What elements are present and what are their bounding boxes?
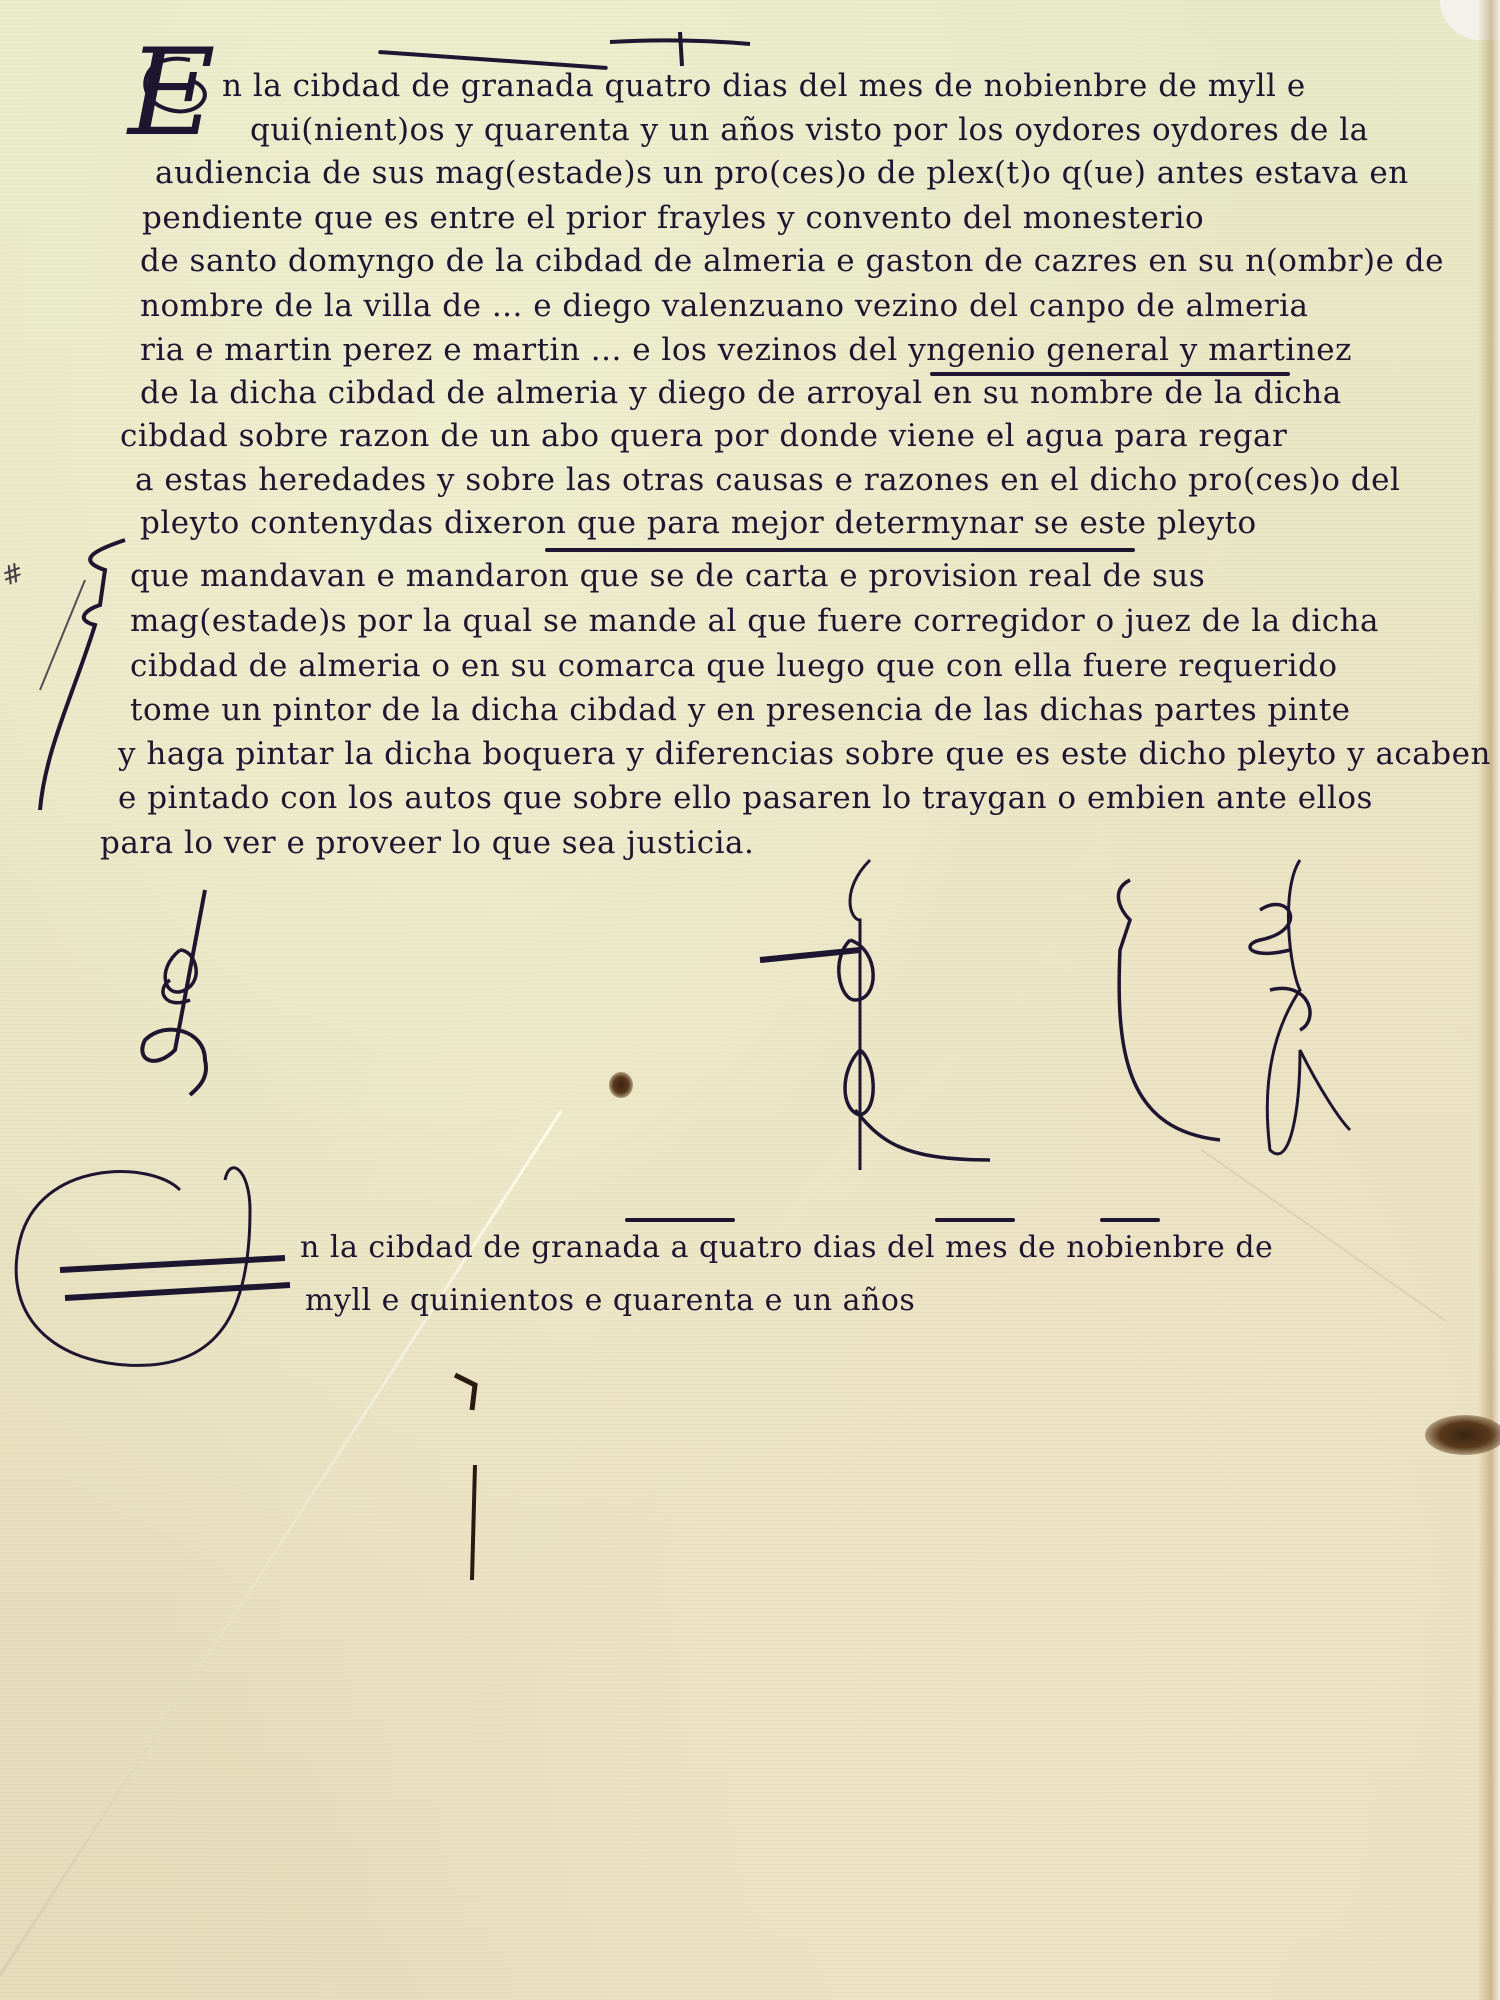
abbreviation-mark (1100, 1218, 1160, 1222)
signature-right-2-icon (1230, 850, 1370, 1170)
vertical-ink-stroke-icon (450, 1370, 490, 1590)
line-3: audiencia de sus mag(estade)s un pro(ces… (155, 155, 1409, 191)
line-9: cibdad sobre razon de un abo quera por d… (120, 418, 1287, 454)
line-12: que mandavan e mandaron que se de carta … (130, 558, 1205, 594)
signature-left-icon (95, 880, 235, 1100)
signature-center-icon (750, 850, 1010, 1180)
abbreviation-mark (935, 1218, 1015, 1222)
underline-dixeron (545, 548, 1135, 552)
line-7: ria e martin perez e martin ... e los ve… (140, 332, 1352, 368)
margin-bracket-icon (15, 510, 135, 810)
line-18: para lo ver e proveer lo que sea justici… (100, 825, 754, 861)
underline-de-granada (378, 50, 608, 70)
line-16: y haga pintar la dicha boquera y diferen… (118, 736, 1491, 772)
entry-2-line-2: myll e quinientos e quarenta e un años (305, 1283, 915, 1318)
line-2: qui(nient)os y quarenta y un años visto … (250, 112, 1369, 148)
entry-2-line-1: n la cibdad de granada a quatro dias del… (300, 1230, 1273, 1265)
ink-stain-right (1425, 1415, 1500, 1455)
ink-blot (609, 1072, 633, 1098)
cross-mark-icon (600, 30, 760, 70)
line-8: de la dicha cibdad de almeria y diego de… (140, 375, 1342, 411)
line-6: nombre de la villa de ... e diego valenz… (140, 288, 1309, 324)
line-1: n la cibdad de granada quatro dias del m… (222, 68, 1306, 104)
line-11: pleyto contenydas dixeron que para mejor… (140, 505, 1257, 541)
line-13: mag(estade)s por la qual se mande al que… (130, 603, 1379, 639)
abbreviation-mark (625, 1218, 735, 1222)
line-15: tome un pintor de la dicha cibdad y en p… (130, 692, 1351, 728)
line-17: e pintado con los autos que sobre ello p… (118, 780, 1373, 816)
line-10: a estas heredades y sobre las otras caus… (135, 462, 1400, 498)
manuscript-page: E n la cibdad de granada quatro dias del… (0, 0, 1500, 2000)
line-14: cibdad de almeria o en su comarca que lu… (130, 648, 1338, 684)
page-edge-worn (1478, 0, 1500, 2000)
signature-right-1-icon (1100, 860, 1240, 1160)
large-initial-flourish-icon (0, 1150, 300, 1380)
line-4: pendiente que es entre el prior frayles … (142, 200, 1204, 236)
line-5: de santo domyngo de la cibdad de almeria… (140, 243, 1444, 279)
